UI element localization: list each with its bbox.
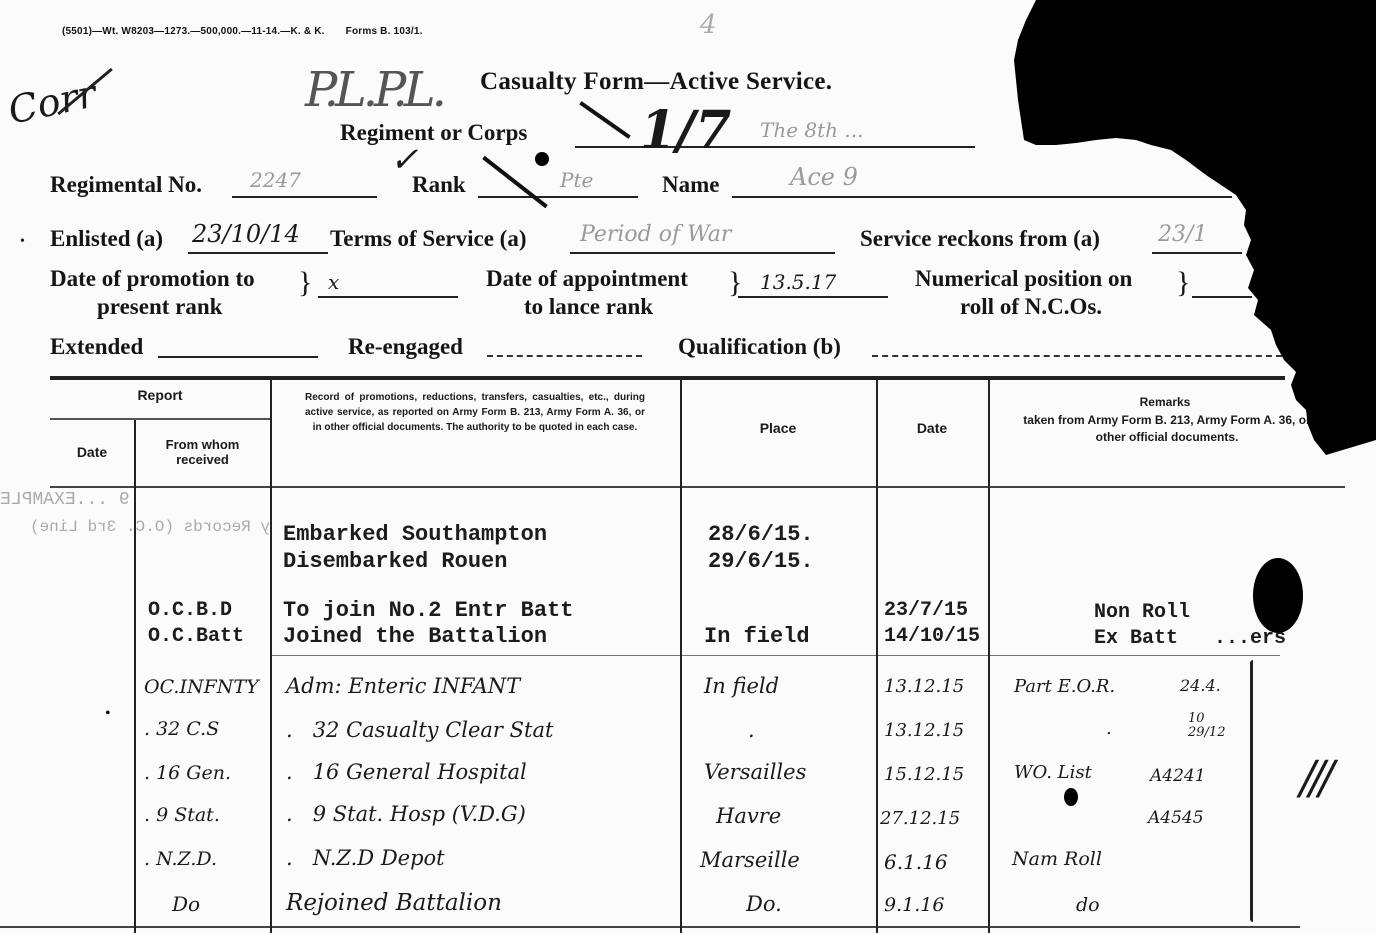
table-row-record: . N.Z.D Depot: [286, 846, 445, 870]
table-row-place: Do.: [746, 892, 782, 916]
table-row-remarks-right: 24.4.: [1180, 676, 1221, 695]
table-row-place: Marseille: [700, 848, 800, 872]
table-row-remarks: .: [1106, 718, 1112, 739]
col-divider-date2: [988, 380, 990, 933]
promotion-brace: }: [298, 266, 312, 300]
promotion-label-2: present rank: [97, 294, 222, 320]
table-row-remarks: Nam Roll: [1012, 848, 1102, 870]
table-row-record: . 16 General Hospital: [286, 760, 527, 784]
enlisted-underline: [188, 252, 328, 254]
qualification-label: Qualification (b): [678, 334, 841, 360]
enlisted-value[interactable]: 23/10/14: [192, 220, 300, 248]
table-header-bottom-rule: [50, 486, 1345, 488]
top-mark: 4: [700, 10, 717, 40]
promotion-label-1: Date of promotion to: [50, 266, 255, 292]
header-from-whom: From whom received: [145, 437, 260, 467]
header-record: Record of promotions, reductions, transf…: [305, 390, 645, 435]
table-row-remarks: Non Roll: [1094, 600, 1190, 626]
header-report: Report: [50, 388, 270, 403]
appointment-label-2: to lance rank: [524, 294, 653, 320]
header-date: Date: [50, 445, 134, 460]
promotion-value[interactable]: x: [328, 270, 339, 294]
torn-corner: [996, 0, 1376, 470]
regimental-no-underline: [232, 196, 377, 198]
regiment-label: Regiment or Corps: [340, 120, 527, 146]
col-divider-date: [134, 420, 136, 933]
table-row-place: 28/6/15.: [708, 522, 814, 548]
header-date2: Date: [876, 421, 988, 436]
table-bottom-rule: [0, 926, 1300, 928]
rank-underline: [478, 196, 638, 198]
table-row-from: . 32 C.S: [144, 718, 219, 740]
table-row-place: In field: [704, 674, 779, 698]
appointment-underline: [738, 296, 888, 298]
table-row-date: 13.12.15: [884, 676, 964, 697]
imprint-text: (5501)—Wt. W8203—1273.—500,000.—11-14.—K…: [62, 26, 325, 37]
appointment-label-1: Date of appointment: [486, 266, 688, 292]
table-row-record: Adm: Enteric INFANT: [286, 674, 520, 698]
col-divider-from: [270, 380, 272, 933]
form-number: Forms B. 103/1.: [346, 26, 423, 37]
table-row-record: Joined the Battalion: [283, 624, 547, 650]
table-row-record: To join No.2 Entr Batt: [283, 598, 573, 624]
margin-note-corr: Corr: [4, 71, 100, 132]
header-place: Place: [680, 421, 876, 436]
table-row-from: O.C.Batt: [148, 624, 244, 650]
enlisted-label: Enlisted (a): [50, 226, 163, 252]
table-row-remarks: Ex Batt ...ers: [1094, 626, 1286, 652]
regimental-no-label: Regimental No.: [50, 172, 202, 198]
re-engaged-underline: [487, 355, 642, 357]
table-row-from: . N.Z.D.: [144, 848, 217, 870]
table-row-place: .: [748, 718, 755, 742]
table-row-date: 9.1.16: [884, 894, 944, 916]
promotion-underline: [318, 296, 458, 298]
extended-label: Extended: [50, 334, 143, 360]
table-row-place: Versailles: [704, 760, 806, 784]
table-row-record: Disembarked Rouen: [283, 549, 507, 575]
table-row-from: Do: [172, 892, 200, 916]
name-label: Name: [662, 172, 719, 198]
appointment-brace: }: [728, 266, 742, 300]
ink-blot: [1253, 558, 1303, 633]
rank-value[interactable]: Pte: [560, 168, 593, 192]
table-row-from: OC.INFNTY: [144, 676, 259, 698]
regiment-slash-mark: [579, 101, 630, 139]
table-row-place: Havre: [716, 804, 781, 828]
table-row-remarks: do: [1076, 894, 1100, 916]
table-row-remarks: Part E.O.R.: [1014, 676, 1115, 697]
bullet-dot: •: [105, 705, 111, 723]
table-row-from: . 9 Stat.: [144, 804, 220, 826]
form-imprint: (5501)—Wt. W8203—1273.—500,000.—11-14.—K…: [62, 26, 423, 37]
table-row-record: Rejoined Battalion: [286, 890, 502, 916]
ink-dot: [535, 152, 549, 166]
table-row-record: Embarked Southampton: [283, 522, 547, 548]
table-row-from: . 16 Gen.: [144, 762, 231, 784]
re-engaged-label: Re-engaged: [348, 334, 463, 360]
table-row-record: . 9 Stat. Hosp (V.D.G): [286, 802, 526, 826]
form-title: Casualty Form—Active Service.: [480, 68, 832, 96]
table-row-remarks-right: A4241: [1150, 766, 1206, 786]
appointment-value[interactable]: 13.5.17: [760, 270, 836, 294]
initials-annotation: P.L.P.L.: [305, 62, 443, 118]
extended-underline: [158, 356, 318, 358]
tally-marks: ///: [1300, 750, 1329, 804]
table-row-date: 6.1.16: [884, 850, 948, 874]
terms-underline: [570, 252, 835, 254]
table-row-date: 27.12.15: [880, 808, 960, 829]
table-row-date: 14/10/15: [884, 624, 980, 650]
terms-of-service-value[interactable]: Period of War: [580, 222, 731, 247]
report-sub-rule: [50, 418, 270, 420]
bleed-through-line-2: y Records (O.C. 3rd Line): [0, 518, 270, 536]
remarks-bracket: [1250, 660, 1256, 922]
terms-of-service-label: Terms of Service (a): [330, 226, 527, 252]
table-row-record: . 32 Casualty Clear Stat: [286, 718, 553, 742]
table-row-remarks-right: A4545: [1148, 808, 1204, 828]
regimental-no-value[interactable]: 2247: [250, 168, 301, 192]
table-row-date: 13.12.15: [884, 720, 964, 741]
table-row-remarks-right: 10 29/12: [1188, 712, 1238, 740]
table-row-remarks: WO. List: [1014, 762, 1092, 783]
rank-label: Rank: [412, 172, 466, 198]
col-divider-record: [680, 380, 682, 933]
table-row-date: 23/7/15: [884, 598, 968, 624]
ink-dot: [1064, 788, 1078, 806]
col-divider-place: [876, 380, 878, 933]
table-row-place: 29/6/15.: [708, 549, 814, 575]
bullet-dot: •: [20, 234, 25, 250]
regiment-value[interactable]: The 8th ...: [760, 118, 864, 142]
typed-section-rule: [270, 655, 1280, 656]
table-row-place: In field: [704, 624, 810, 650]
bleed-through-line-1: 9 ...EXAMPLE: [0, 490, 130, 510]
regiment-underline: [575, 146, 975, 148]
table-row-date: 15.12.15: [884, 764, 964, 785]
table-row-from: O.C.B.D: [148, 598, 232, 624]
regiment-annotation: 1/7: [640, 100, 731, 161]
name-value[interactable]: Ace 9: [790, 163, 858, 191]
